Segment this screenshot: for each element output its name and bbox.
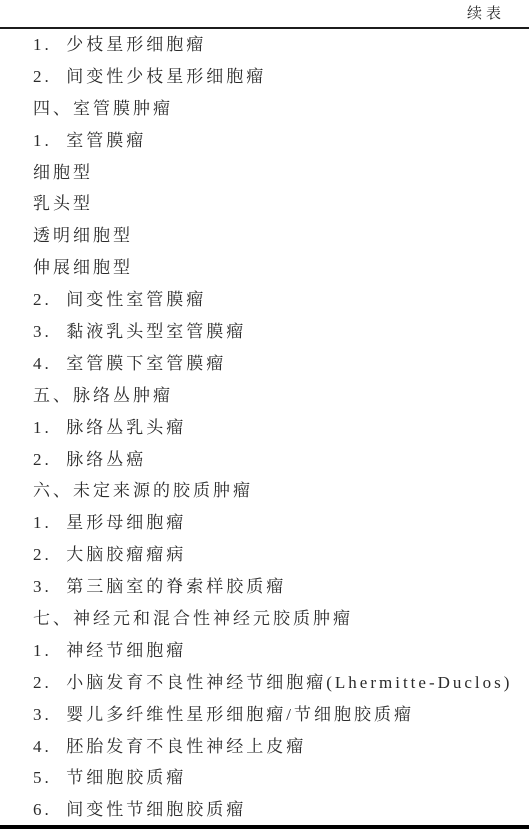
list-line: 2. 间变性室管膜瘤 xyxy=(33,284,523,316)
list-line: 乳头型 xyxy=(33,188,523,220)
list-line: 1. 室管膜瘤 xyxy=(33,125,523,157)
list-line: 1. 星形母细胞瘤 xyxy=(33,507,523,539)
list-line: 七、神经元和混合性神经元胶质肿瘤 xyxy=(33,603,523,635)
list-line: 伸展细胞型 xyxy=(33,252,523,284)
list-line: 4. 胚胎发育不良性神经上皮瘤 xyxy=(33,731,523,763)
list-line: 五、脉络丛肿瘤 xyxy=(33,380,523,412)
list-line: 3. 第三脑室的脊索样胶质瘤 xyxy=(33,571,523,603)
list-line: 3. 黏液乳头型室管膜瘤 xyxy=(33,316,523,348)
table-bottom-rule xyxy=(0,825,529,829)
list-line: 六、未定来源的胶质肿瘤 xyxy=(33,475,523,507)
list-line: 4. 室管膜下室管膜瘤 xyxy=(33,348,523,380)
list-line: 2. 间变性少枝星形细胞瘤 xyxy=(33,61,523,93)
list-line: 四、室管膜肿瘤 xyxy=(33,93,523,125)
list-line: 2. 脉络丛癌 xyxy=(33,444,523,476)
list-line: 2. 小脑发育不良性神经节细胞瘤(Lhermitte-Duclos) xyxy=(33,667,523,699)
list-line: 1. 少枝星形细胞瘤 xyxy=(33,29,523,61)
list-line: 透明细胞型 xyxy=(33,220,523,252)
list-line: 细胞型 xyxy=(33,157,523,189)
table-continued-caption: 续表 xyxy=(467,2,505,23)
list-line: 5. 节细胞胶质瘤 xyxy=(33,762,523,794)
list-line: 6. 间变性节细胞胶质瘤 xyxy=(33,794,523,826)
list-line: 1. 神经节细胞瘤 xyxy=(33,635,523,667)
list-line: 1. 脉络丛乳头瘤 xyxy=(33,412,523,444)
list-line: 3. 婴儿多纤维性星形细胞瘤/节细胞胶质瘤 xyxy=(33,699,523,731)
document-page: 续表 1. 少枝星形细胞瘤2. 间变性少枝星形细胞瘤四、室管膜肿瘤1. 室管膜瘤… xyxy=(0,0,529,830)
list-line: 2. 大脑胶瘤瘤病 xyxy=(33,539,523,571)
classification-list: 1. 少枝星形细胞瘤2. 间变性少枝星形细胞瘤四、室管膜肿瘤1. 室管膜瘤细胞型… xyxy=(33,29,523,826)
